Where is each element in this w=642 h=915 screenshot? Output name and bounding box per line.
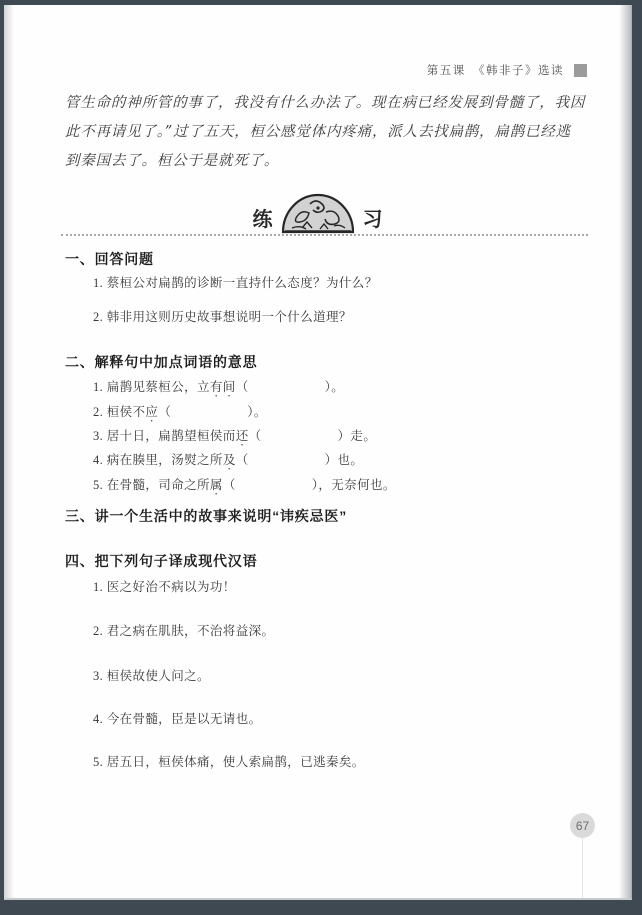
running-head: 第五课 《韩非子》选读 (427, 62, 587, 78)
passage-line: 管生命的神所管的事了，我没有什么办法了。现在病已经发展到骨髓了，我因 (65, 89, 589, 118)
practice-banner: 练 习 (4, 190, 631, 234)
page-number: 67 (576, 819, 589, 833)
item-text: 2. 桓侯不 (93, 405, 145, 419)
item-text: ）。 (325, 380, 345, 394)
exercise-item: 2. 桓侯不应（）。 (93, 402, 267, 425)
emphasized-word: 还 (236, 429, 249, 443)
section-marker-square (574, 64, 587, 77)
item-text: 3. 居十日，扁鹊望桓侯而 (93, 429, 236, 443)
exercise-item: 1. 扁鹊见蔡桓公，立有间（）。 (93, 377, 344, 400)
section-two-heading: 二、解释句中加点词语的意思 (65, 352, 257, 372)
exercise-item: 4. 今在骨髓，臣是以无请也。 (93, 709, 262, 727)
section-three-heading: 三、讲一个生活中的故事来说明“讳疾忌医” (65, 506, 347, 526)
exercise-item: 5. 居五日，桓侯体痛，使人索扁鹊，已逃秦矣。 (93, 752, 365, 770)
dotted-divider (61, 234, 588, 236)
practice-label-left: 练 (253, 203, 273, 234)
open-paren: （ (236, 453, 249, 467)
item-text: ），无奈何也。 (312, 478, 396, 492)
open-paren: （ (236, 380, 249, 394)
exercise-item: 2. 韩非用这则历史故事想说明一个什么道理？ (93, 307, 352, 325)
section-four-heading: 四、把下列句子译成现代汉语 (65, 551, 257, 571)
item-text: ）走。 (338, 429, 377, 443)
exercise-item: 3. 居十日，扁鹊望桓侯而还（）走。 (93, 426, 376, 449)
exercise-item: 4. 病在腠里，汤熨之所及（）也。 (93, 450, 363, 473)
open-paren: （ (158, 405, 171, 419)
item-text: 5. 在骨髓，司命之所 (93, 478, 210, 492)
emphasized-word: 属 (210, 478, 223, 492)
passage-line: 此不再请见了。”过了五天，桓公感觉体内疼痛，派人去找扁鹊，扁鹊已经逃 (65, 118, 589, 147)
practice-ornament-icon (280, 190, 356, 234)
page-number-badge: 67 (570, 813, 595, 838)
exercise-item: 1. 蔡桓公对扁鹊的诊断一直持什么态度？为什么？ (93, 273, 378, 291)
item-text: 1. 扁鹊见蔡桓公，立 (93, 380, 210, 394)
emphasized-word: 应 (145, 405, 158, 419)
exercise-item: 3. 桓侯故使人问之。 (93, 666, 210, 684)
item-text: ）。 (247, 405, 267, 419)
course-label: 第五课 《韩非子》选读 (427, 62, 564, 78)
exercise-item: 1. 医之好治不病以为功！ (93, 577, 236, 595)
item-text: 4. 病在腠里，汤熨之所 (93, 453, 223, 467)
open-paren: （ (223, 478, 236, 492)
practice-label-right: 习 (363, 203, 383, 234)
passage-text: 管生命的神所管的事了，我没有什么办法了。现在病已经发展到骨髓了，我因 此不再请见… (65, 89, 589, 176)
scan-background: 第五课 《韩非子》选读 管生命的神所管的事了，我没有什么办法了。现在病已经发展到… (0, 0, 642, 915)
item-text: ）也。 (325, 453, 364, 467)
exercise-item: 2. 君之病在肌肤，不治将益深。 (93, 621, 274, 639)
open-paren: （ (249, 429, 262, 443)
emphasized-word: 及 (223, 453, 236, 467)
page-fold-line (582, 838, 583, 898)
passage-line: 到秦国去了。桓公于是就死了。 (65, 147, 589, 176)
section-one-heading: 一、回答问题 (65, 249, 154, 269)
exercise-item: 5. 在骨髓，司命之所属（），无奈何也。 (93, 475, 396, 498)
book-page: 第五课 《韩非子》选读 管生命的神所管的事了，我没有什么办法了。现在病已经发展到… (4, 5, 632, 900)
emphasized-word: 有间 (210, 380, 236, 394)
